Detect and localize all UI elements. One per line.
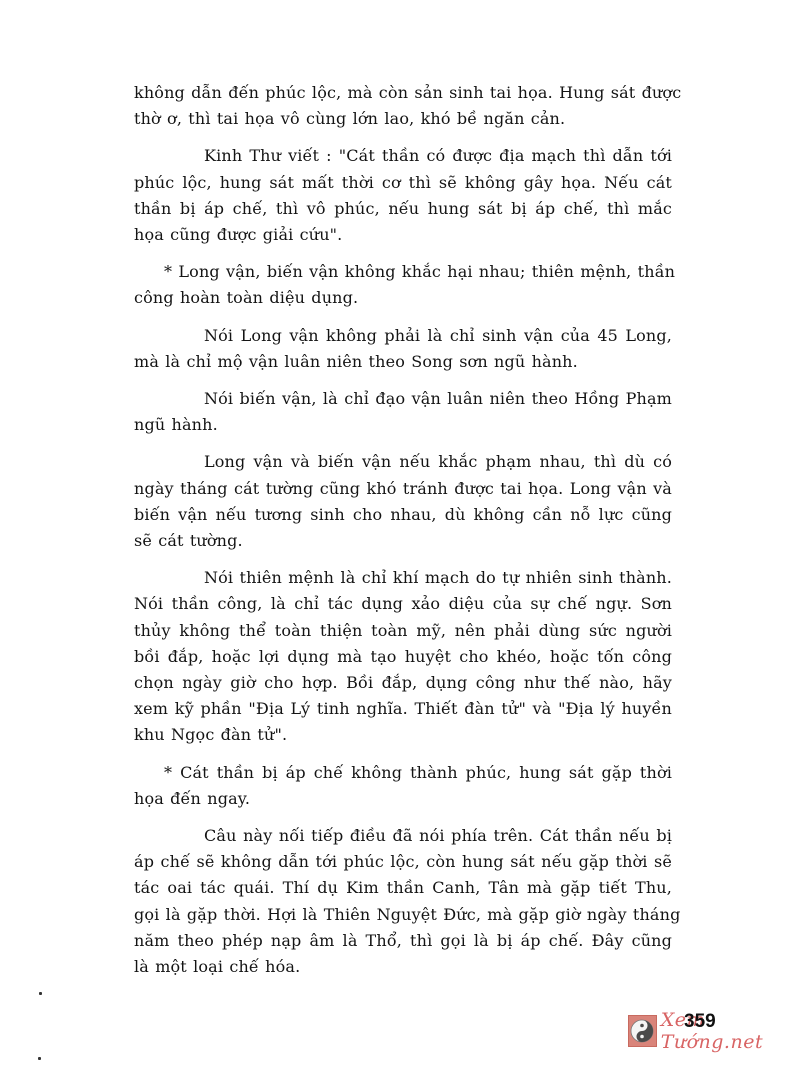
text-line: gọi là gặp thời. Hợi là Thiên Nguyệt Đức… <box>134 902 672 928</box>
text-line: Nói thần công, là chỉ tác dụng xảo diệu … <box>134 591 672 617</box>
yin-yang-icon <box>628 1015 657 1047</box>
text-line: thờ ơ, thì tai họa vô cùng lớn lao, khó … <box>134 106 672 132</box>
text-line: năm theo phép nạp âm là Thổ, thì gọi là … <box>134 928 672 954</box>
text-line: Câu này nối tiếp điều đã nói phía trên. … <box>134 823 672 849</box>
text-line: Long vận và biến vận nếu khắc phạm nhau,… <box>134 449 672 475</box>
paragraph-5: Nói biến vận, là chỉ đạo vận luân niên t… <box>134 386 672 438</box>
text-line: khu Ngọc đàn tử". <box>134 722 672 748</box>
text-line: Kinh Thư viết : "Cát thần có được địa mạ… <box>134 143 672 169</box>
paragraph-2: Kinh Thư viết : "Cát thần có được địa mạ… <box>134 143 672 248</box>
text-line: áp chế sẽ không dẫn tới phúc lộc, còn hu… <box>134 849 672 875</box>
text-line: biến vận nếu tương sinh cho nhau, dù khô… <box>134 502 672 528</box>
text-line: Nói Long vận không phải là chỉ sinh vận … <box>134 323 672 349</box>
text-line: công hoàn toàn diệu dụng. <box>134 285 672 311</box>
text-line: Nói thiên mệnh là chỉ khí mạch do tự nhi… <box>134 565 672 591</box>
text-line: xem kỹ phần "Địa Lý tinh nghĩa. Thiết đà… <box>134 696 672 722</box>
paragraph-3: * Long vận, biến vận không khắc hại nhau… <box>134 259 672 311</box>
text-line: họa cũng được giải cứu". <box>134 222 672 248</box>
text-line: không dẫn đến phúc lộc, mà còn sản sinh … <box>134 80 672 106</box>
text-line: phúc lộc, hung sát mất thời cơ thì sẽ kh… <box>134 170 672 196</box>
text-line: chọn ngày giờ cho hợp. Bồi đắp, dụng côn… <box>134 670 672 696</box>
text-line: ngày tháng cát tường cũng khó tránh được… <box>134 476 672 502</box>
text-line: Nói biến vận, là chỉ đạo vận luân niên t… <box>134 386 672 412</box>
paragraph-4: Nói Long vận không phải là chỉ sinh vận … <box>134 323 672 375</box>
text-line: thần bị áp chế, thì vô phúc, nếu hung sá… <box>134 196 672 222</box>
paragraph-8: * Cát thần bị áp chế không thành phúc, h… <box>134 760 672 812</box>
text-line: là một loại chế hóa. <box>134 954 672 980</box>
text-line: * Cát thần bị áp chế không thành phúc, h… <box>134 760 672 786</box>
paragraph-1: không dẫn đến phúc lộc, mà còn sản sinh … <box>134 80 672 132</box>
text-line: * Long vận, biến vận không khắc hại nhau… <box>134 259 672 285</box>
paragraph-9: Câu này nối tiếp điều đã nói phía trên. … <box>134 823 672 980</box>
paragraph-7: Nói thiên mệnh là chỉ khí mạch do tự nhi… <box>134 565 672 748</box>
watermark-text: Xem Tướng.net <box>661 1009 797 1053</box>
text-line: họa đến ngay. <box>134 786 672 812</box>
text-line: ngũ hành. <box>134 412 672 438</box>
text-line: sẽ cát tường. <box>134 528 672 554</box>
scan-speck <box>38 1057 41 1060</box>
text-line: mà là chỉ mộ vận luân niên theo Song sơn… <box>134 349 672 375</box>
text-line: tác oai tác quái. Thí dụ Kim thần Canh, … <box>134 875 672 901</box>
page-number: 359 <box>684 1011 716 1033</box>
scan-speck <box>39 992 42 995</box>
text-line: thủy không thể toàn thiện toàn mỹ, nên p… <box>134 618 672 644</box>
paragraph-6: Long vận và biến vận nếu khắc phạm nhau,… <box>134 449 672 554</box>
page-body: không dẫn đến phúc lộc, mà còn sản sinh … <box>134 80 672 991</box>
text-line: bồi đắp, hoặc lợi dụng mà tạo huyệt cho … <box>134 644 672 670</box>
